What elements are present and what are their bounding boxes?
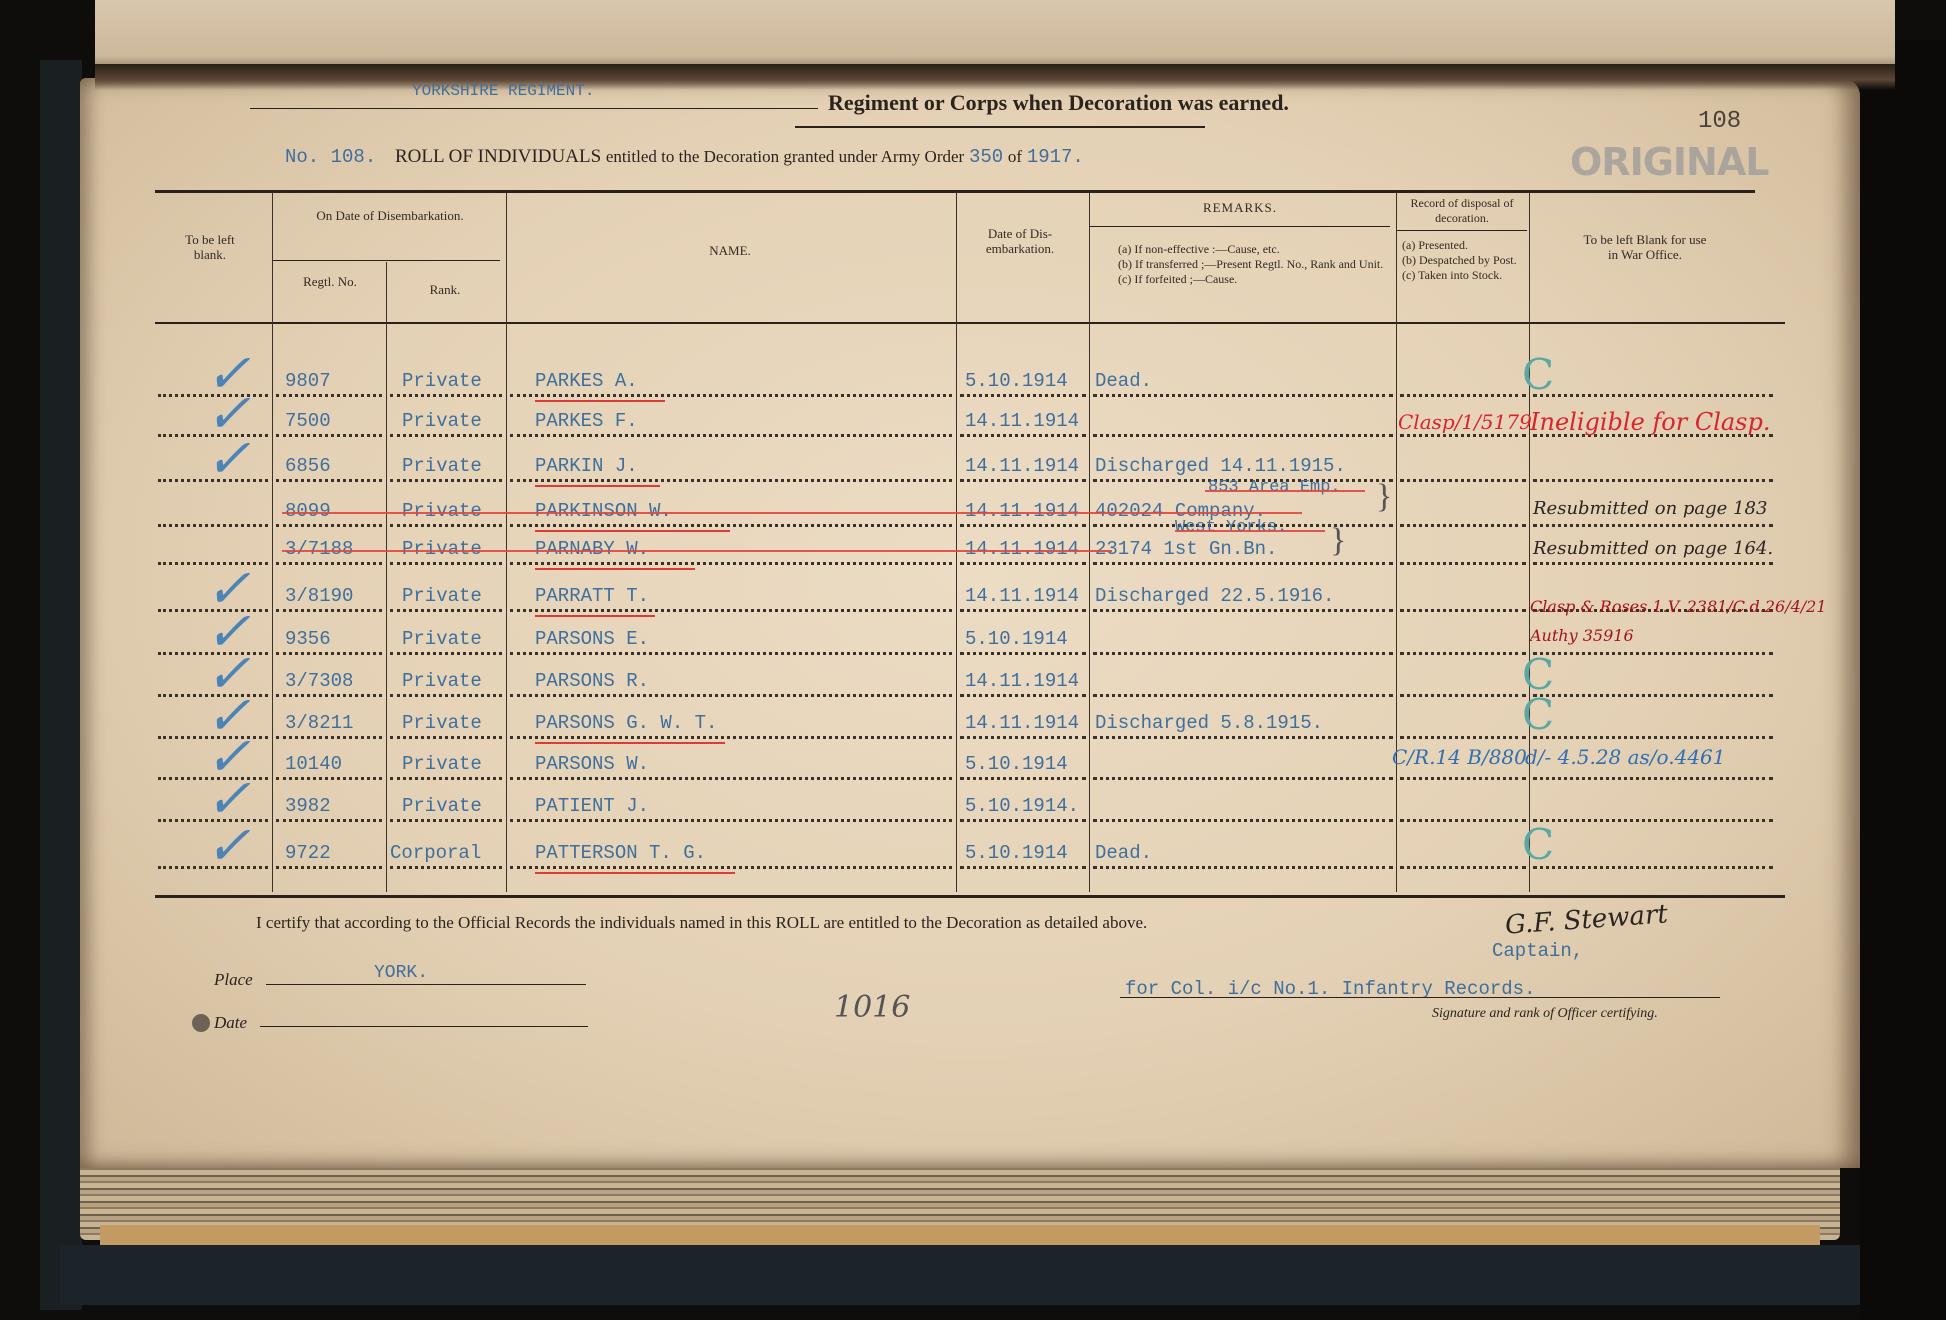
dotted-leader [1533, 394, 1773, 397]
remarks-subrule [1090, 226, 1390, 227]
dotted-leader [960, 819, 1086, 822]
remarks-cell: 23174 1st Gn.Bn. [1095, 538, 1277, 560]
dotted-leader [960, 777, 1086, 780]
col-divider [386, 262, 387, 892]
dotted-leader [1400, 479, 1526, 482]
dotted-leader [960, 394, 1086, 397]
date-cell: 5.10.1914. [965, 795, 1079, 817]
dotted-leader [510, 562, 952, 565]
col-header-remarks: REMARKS. [1150, 200, 1330, 215]
dotted-leader [1093, 736, 1393, 739]
remarks-above-parnaby: West Yorks. [1175, 518, 1287, 537]
date-cell: 5.10.1914 [965, 753, 1068, 775]
book-cover [60, 1245, 1860, 1305]
dotted-leader [276, 736, 382, 739]
roll-text: entitled to the Decoration granted under… [606, 147, 964, 166]
regtl-no-cell: 3/7188 [285, 538, 353, 560]
date-cell: 5.10.1914 [965, 842, 1068, 864]
disposal-c: (c) Taken into Stock. [1402, 268, 1526, 283]
signature-line [1120, 997, 1720, 998]
fold-shadow [95, 64, 1895, 90]
dotted-leader [510, 652, 952, 655]
regtl-no-cell: 9722 [285, 842, 331, 864]
dotted-leader [510, 736, 952, 739]
disposal-b: (b) Despatched by Post. [1402, 253, 1526, 268]
order-year: 1917. [1027, 146, 1084, 168]
c-mark: C [1522, 350, 1554, 399]
name-cell: PARSONS G. W. T. [535, 712, 717, 734]
dotted-leader [960, 479, 1086, 482]
dotted-leader [390, 652, 502, 655]
of-text: of [1008, 147, 1022, 166]
dotted-leader [1533, 819, 1773, 822]
dotted-leader [390, 819, 502, 822]
dotted-leader [1093, 777, 1393, 780]
dotted-leader [158, 524, 268, 527]
red-underline [535, 872, 735, 874]
disposal-subrule [1397, 230, 1527, 231]
dotted-leader [1533, 524, 1773, 527]
dotted-leader [510, 434, 952, 437]
date-cell: 14.11.1914 [965, 585, 1079, 607]
dotted-leader [510, 866, 952, 869]
col-header-name: NAME. [640, 243, 820, 258]
remarks-cell: Dead. [1095, 370, 1152, 392]
folio-number: 1016 [834, 990, 910, 1025]
dotted-leader [510, 479, 952, 482]
army-order-number: 350 [969, 146, 1003, 168]
remarks-cell: Dead. [1095, 842, 1152, 864]
date-label: Date [214, 1013, 247, 1033]
dotted-leader [276, 434, 382, 437]
dotted-leader [276, 652, 382, 655]
dotted-leader [960, 694, 1086, 697]
name-cell: PARKES F. [535, 410, 638, 432]
disposal-a: (a) Presented. [1402, 238, 1526, 253]
strike-line [282, 512, 1302, 514]
date-cell: 14.11.1914 [965, 455, 1079, 477]
dotted-leader [960, 652, 1086, 655]
dotted-leader [1400, 524, 1526, 527]
dotted-leader [1093, 819, 1393, 822]
original-stamp: ORIGINAL [1570, 140, 1768, 184]
regtl-no-cell: 6856 [285, 455, 331, 477]
regiment-typed: YORKSHIRE REGIMENT. [412, 82, 594, 100]
dotted-leader [390, 562, 502, 565]
table-header-rule [155, 322, 1785, 324]
war-office-note: Ineligible for Clasp. [1530, 408, 1771, 436]
dotted-leader [960, 562, 1086, 565]
regtl-no-cell: 7500 [285, 410, 331, 432]
regtl-no-cell: 9807 [285, 370, 331, 392]
dotted-leader [1400, 562, 1526, 565]
col-header-war-office: To be left Blank for use in War Office. [1580, 232, 1710, 262]
table-top-rule [155, 190, 1755, 193]
signature-caption: Signature and rank of Officer certifying… [1432, 1006, 1658, 1022]
table-bottom-rule [155, 895, 1785, 898]
remarks-b: (b) If transferred ;—Present Regtl. No.,… [1118, 257, 1388, 272]
regtl-no-cell: 3/8190 [285, 585, 353, 607]
roll-number: No. 108. [285, 146, 376, 168]
certification-text: I certify that according to the Official… [256, 913, 1147, 933]
regiment-underline [250, 108, 818, 109]
date-cell: 5.10.1914 [965, 628, 1068, 650]
punch-hole [192, 1014, 210, 1032]
name-cell: PARSONS W. [535, 753, 649, 775]
dotted-leader [390, 777, 502, 780]
dotted-leader [1400, 652, 1526, 655]
dotted-leader [390, 524, 502, 527]
dotted-leader [510, 777, 952, 780]
dotted-leader [390, 609, 502, 612]
remarks-cell: Discharged 22.5.1916. [1095, 585, 1334, 607]
name-cell: PARSONS E. [535, 628, 649, 650]
dotted-leader [276, 866, 382, 869]
regtl-no-cell: 3982 [285, 795, 331, 817]
strike-line [1205, 490, 1365, 492]
date-cell: 14.11.1914 [965, 712, 1079, 734]
disembarkation-subrule [272, 260, 500, 261]
strike-line [1175, 530, 1325, 532]
dotted-leader [276, 524, 382, 527]
dotted-leader [1093, 652, 1393, 655]
dotted-leader [1400, 694, 1526, 697]
regtl-no-cell: 8099 [285, 500, 331, 522]
dotted-leader [390, 434, 502, 437]
dotted-leader [960, 866, 1086, 869]
rank-cell: Private [402, 370, 482, 392]
dotted-leader [1400, 866, 1526, 869]
dotted-leader [1533, 866, 1773, 869]
dotted-leader [1400, 819, 1526, 822]
remarks-cell: Discharged 14.11.1915. [1095, 455, 1346, 477]
col-divider [506, 192, 507, 892]
dotted-leader [1400, 394, 1526, 397]
bracket: } [1376, 478, 1392, 516]
bracket: } [1330, 522, 1346, 560]
date-cell: 14.11.1914 [965, 410, 1079, 432]
war-office-note: Resubmitted on page 164. [1533, 538, 1773, 559]
c-mark: C [1522, 820, 1554, 869]
dotted-leader [510, 819, 952, 822]
disposal-note: Clasp/1/5179 [1398, 410, 1532, 434]
war-office-note: Clasp & Roses 1.V. 2381/C.d.26/4/21 [1530, 597, 1827, 616]
dotted-leader [960, 609, 1086, 612]
col-divider [956, 192, 957, 892]
dotted-leader [510, 524, 952, 527]
col-divider [1089, 192, 1090, 892]
dotted-leader [510, 394, 952, 397]
place-label: Place [214, 970, 253, 990]
war-office-note: Authy 35916 [1530, 626, 1634, 645]
name-cell: PATIENT J. [535, 795, 649, 817]
dotted-leader [390, 479, 502, 482]
dotted-leader [390, 736, 502, 739]
page-number: 108 [1698, 108, 1741, 135]
rank-cell: Private [402, 712, 482, 734]
col-divider [1396, 192, 1397, 892]
dotted-leader [390, 866, 502, 869]
col-header-left-blank: To be left blank. [180, 232, 240, 262]
rank-cell: Corporal [390, 842, 481, 864]
red-underline [535, 615, 655, 617]
name-cell: PARNABY W. [535, 538, 649, 560]
name-cell: PARKES A. [535, 370, 638, 392]
war-office-note: Resubmitted on page 183 [1533, 498, 1767, 519]
roll-title-line: No. 108. ROLL OF INDIVIDUALS entitled to… [285, 146, 1084, 168]
col-header-rank: Rank. [400, 282, 490, 297]
page-stack-gilt [100, 1225, 1820, 1245]
date-cell: 14.11.1914 [965, 500, 1079, 522]
red-underline [535, 568, 695, 570]
dotted-leader [960, 434, 1086, 437]
dotted-leader [1533, 777, 1773, 780]
rank-cell: Private [402, 410, 482, 432]
red-underline [535, 485, 660, 487]
dotted-leader [1533, 479, 1773, 482]
rank-cell: Private [402, 500, 482, 522]
remarks-a: (a) If non-effective :—Cause, etc. [1118, 242, 1388, 257]
book-binding-right [1860, 40, 1946, 1320]
rank-cell: Private [402, 795, 482, 817]
rank-cell: Private [402, 628, 482, 650]
col-divider [272, 192, 273, 892]
rank-cell: Private [402, 455, 482, 477]
c-mark: C [1522, 690, 1554, 739]
dotted-leader [1533, 652, 1773, 655]
rank-cell: Private [402, 670, 482, 692]
dotted-leader [276, 609, 382, 612]
remarks-legend: (a) If non-effective :—Cause, etc. (b) I… [1118, 242, 1388, 287]
dotted-leader [276, 694, 382, 697]
name-cell: PARKIN J. [535, 455, 638, 477]
dotted-leader [276, 777, 382, 780]
dotted-leader [1093, 434, 1393, 437]
date-cell: 14.11.1914 [965, 670, 1079, 692]
dotted-leader [1400, 777, 1526, 780]
col-header-regtl-no: Regtl. No. [300, 274, 360, 289]
regtl-no-cell: 3/8211 [285, 712, 353, 734]
place-value: YORK. [374, 963, 428, 983]
dotted-leader [510, 694, 952, 697]
col-divider [1529, 192, 1530, 892]
name-cell: PARRATT T. [535, 585, 649, 607]
dotted-leader [510, 609, 952, 612]
dotted-leader [1400, 736, 1526, 739]
name-cell: PARSONS R. [535, 670, 649, 692]
date-cell: 14.11.1914 [965, 538, 1079, 560]
dotted-leader [276, 819, 382, 822]
regiment-label-rule [795, 126, 1205, 128]
regtl-no-cell: 3/7308 [285, 670, 353, 692]
date-cell: 5.10.1914 [965, 370, 1068, 392]
disposal-legend: (a) Presented. (b) Despatched by Post. (… [1402, 238, 1526, 283]
dotted-leader [960, 736, 1086, 739]
war-office-note: d/- 4.5.28 as/o.4461 [1525, 745, 1726, 769]
red-underline [535, 400, 665, 402]
dotted-leader [390, 694, 502, 697]
rank-cell: Private [402, 585, 482, 607]
disposal-note: C/R.14 B/880 [1392, 745, 1527, 769]
remarks-above-parkinson: 853 Area Emp. [1208, 478, 1341, 497]
dotted-leader [1400, 609, 1526, 612]
dotted-leader [1093, 609, 1393, 612]
regtl-no-cell: 9356 [285, 628, 331, 650]
rank-cell: Private [402, 538, 482, 560]
remarks-cell: Discharged 5.8.1915. [1095, 712, 1323, 734]
dotted-leader [960, 524, 1086, 527]
rank-cell: Private [402, 753, 482, 775]
place-line [266, 984, 586, 985]
remarks-c: (c) If forfeited ;—Cause. [1118, 272, 1388, 287]
dotted-leader [1093, 562, 1393, 565]
col-header-disposal: Record of disposal of decoration. [1398, 196, 1526, 226]
col-header-date: Date of Dis-embarkation. [970, 226, 1070, 256]
officer-rank: Captain, [1492, 940, 1583, 962]
dotted-leader [276, 394, 382, 397]
dotted-leader [1533, 736, 1773, 739]
dotted-leader [276, 479, 382, 482]
dotted-leader [276, 562, 382, 565]
dotted-leader [1093, 866, 1393, 869]
name-cell: PATTERSON T. G. [535, 842, 706, 864]
red-underline [535, 742, 725, 744]
name-cell: PARKINSON W. [535, 500, 672, 522]
dotted-leader [1093, 394, 1393, 397]
red-underline [535, 530, 730, 532]
book-binding-left [40, 60, 82, 1310]
strike-line [282, 550, 1112, 552]
dotted-leader [1400, 434, 1526, 437]
dotted-leader [1093, 694, 1393, 697]
roll-title: ROLL OF INDIVIDUALS [395, 146, 601, 167]
regiment-label: Regiment or Corps when Decoration was ea… [828, 90, 1289, 116]
dotted-leader [1533, 694, 1773, 697]
regtl-no-cell: 10140 [285, 753, 342, 775]
date-line [260, 1026, 588, 1027]
dotted-leader [390, 394, 502, 397]
col-header-disembarkation: On Date of Disembarkation. [290, 208, 490, 223]
dotted-leader [1533, 562, 1773, 565]
